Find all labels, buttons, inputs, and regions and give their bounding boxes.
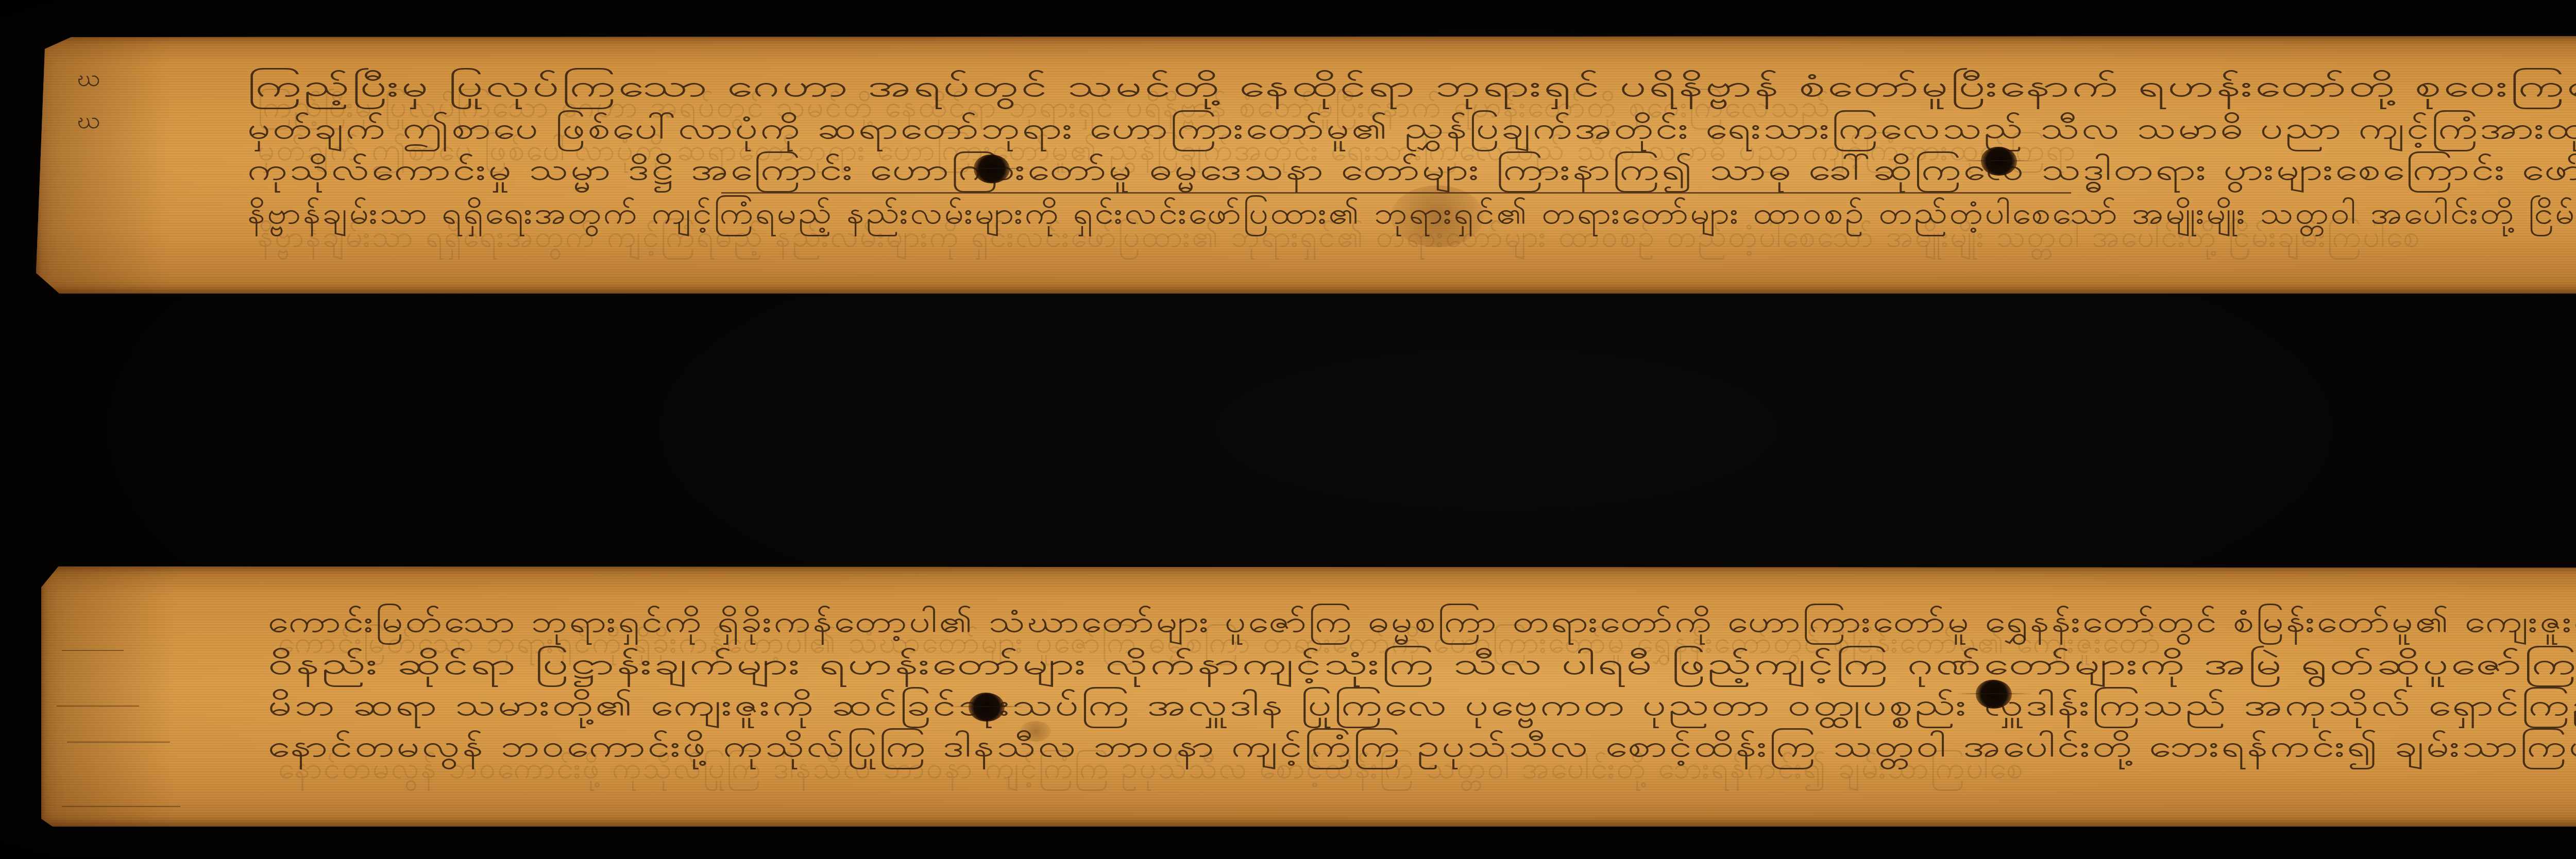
leaf-stain (1020, 721, 1051, 742)
binding-string-hole (974, 154, 1010, 183)
manuscript-line-2: မှတ်ချက် ဤစာပေ ဖြစ်ပေါ်လာပုံကို ဆရာတော်ဘ… (247, 113, 2576, 143)
page-marker-glyph: ဃ (77, 108, 100, 132)
manuscript-line-3: ကုသိုလ်ကောင်းမှု သမ္မာ ဒိဋ္ဌိ အကြောင်း ဟ… (247, 154, 2576, 184)
manuscript-line-1: ကြည့်ပြီးမှ ပြုလုပ်ကြသော ဂေဟာ အရပ်တွင် သ… (247, 71, 2576, 101)
leaf-fiber-crack (62, 650, 124, 651)
ruled-divider-line (721, 192, 2071, 194)
photo-background: ဃ ဃ ကြည့်ပြီးမှ ပြုလုပ်ကြသော ဂေဟာ အရပ်တွ… (0, 0, 2576, 859)
leaf-fiber-crack (62, 806, 180, 807)
binding-string-hole (1976, 680, 2012, 709)
binding-string-hole (969, 693, 1005, 721)
manuscript-line-3: မိဘ ဆရာ သမားတို့၏ ကျေးဇူးကို ဆင်ခြင်သုံး… (268, 690, 2576, 720)
manuscript-line-1: ကောင်းမြတ်သော ဘုရားရှင်ကို ရှိခိုးကန်တော… (268, 607, 2576, 637)
binding-string-hole (1981, 147, 2017, 176)
leaf-fiber-crack (57, 706, 139, 707)
manuscript-line-4: နောင်တမလွန် ဘဝကောင်းဖို့ ကုသိုလ်ပြုကြ ဒါ… (268, 731, 2576, 761)
leaf-stain (1391, 185, 1484, 247)
page-marker-glyph: ဃ (77, 66, 100, 90)
leaf-edge-shading (36, 36, 170, 294)
leaf-fiber-crack (67, 742, 170, 743)
leaf-edge-shading (41, 566, 175, 827)
manuscript-line-2: ဝိနည်း ဆိုင်ရာ ပြဋ္ဌာန်းချက်များ ရဟန်းတေ… (268, 649, 2576, 679)
